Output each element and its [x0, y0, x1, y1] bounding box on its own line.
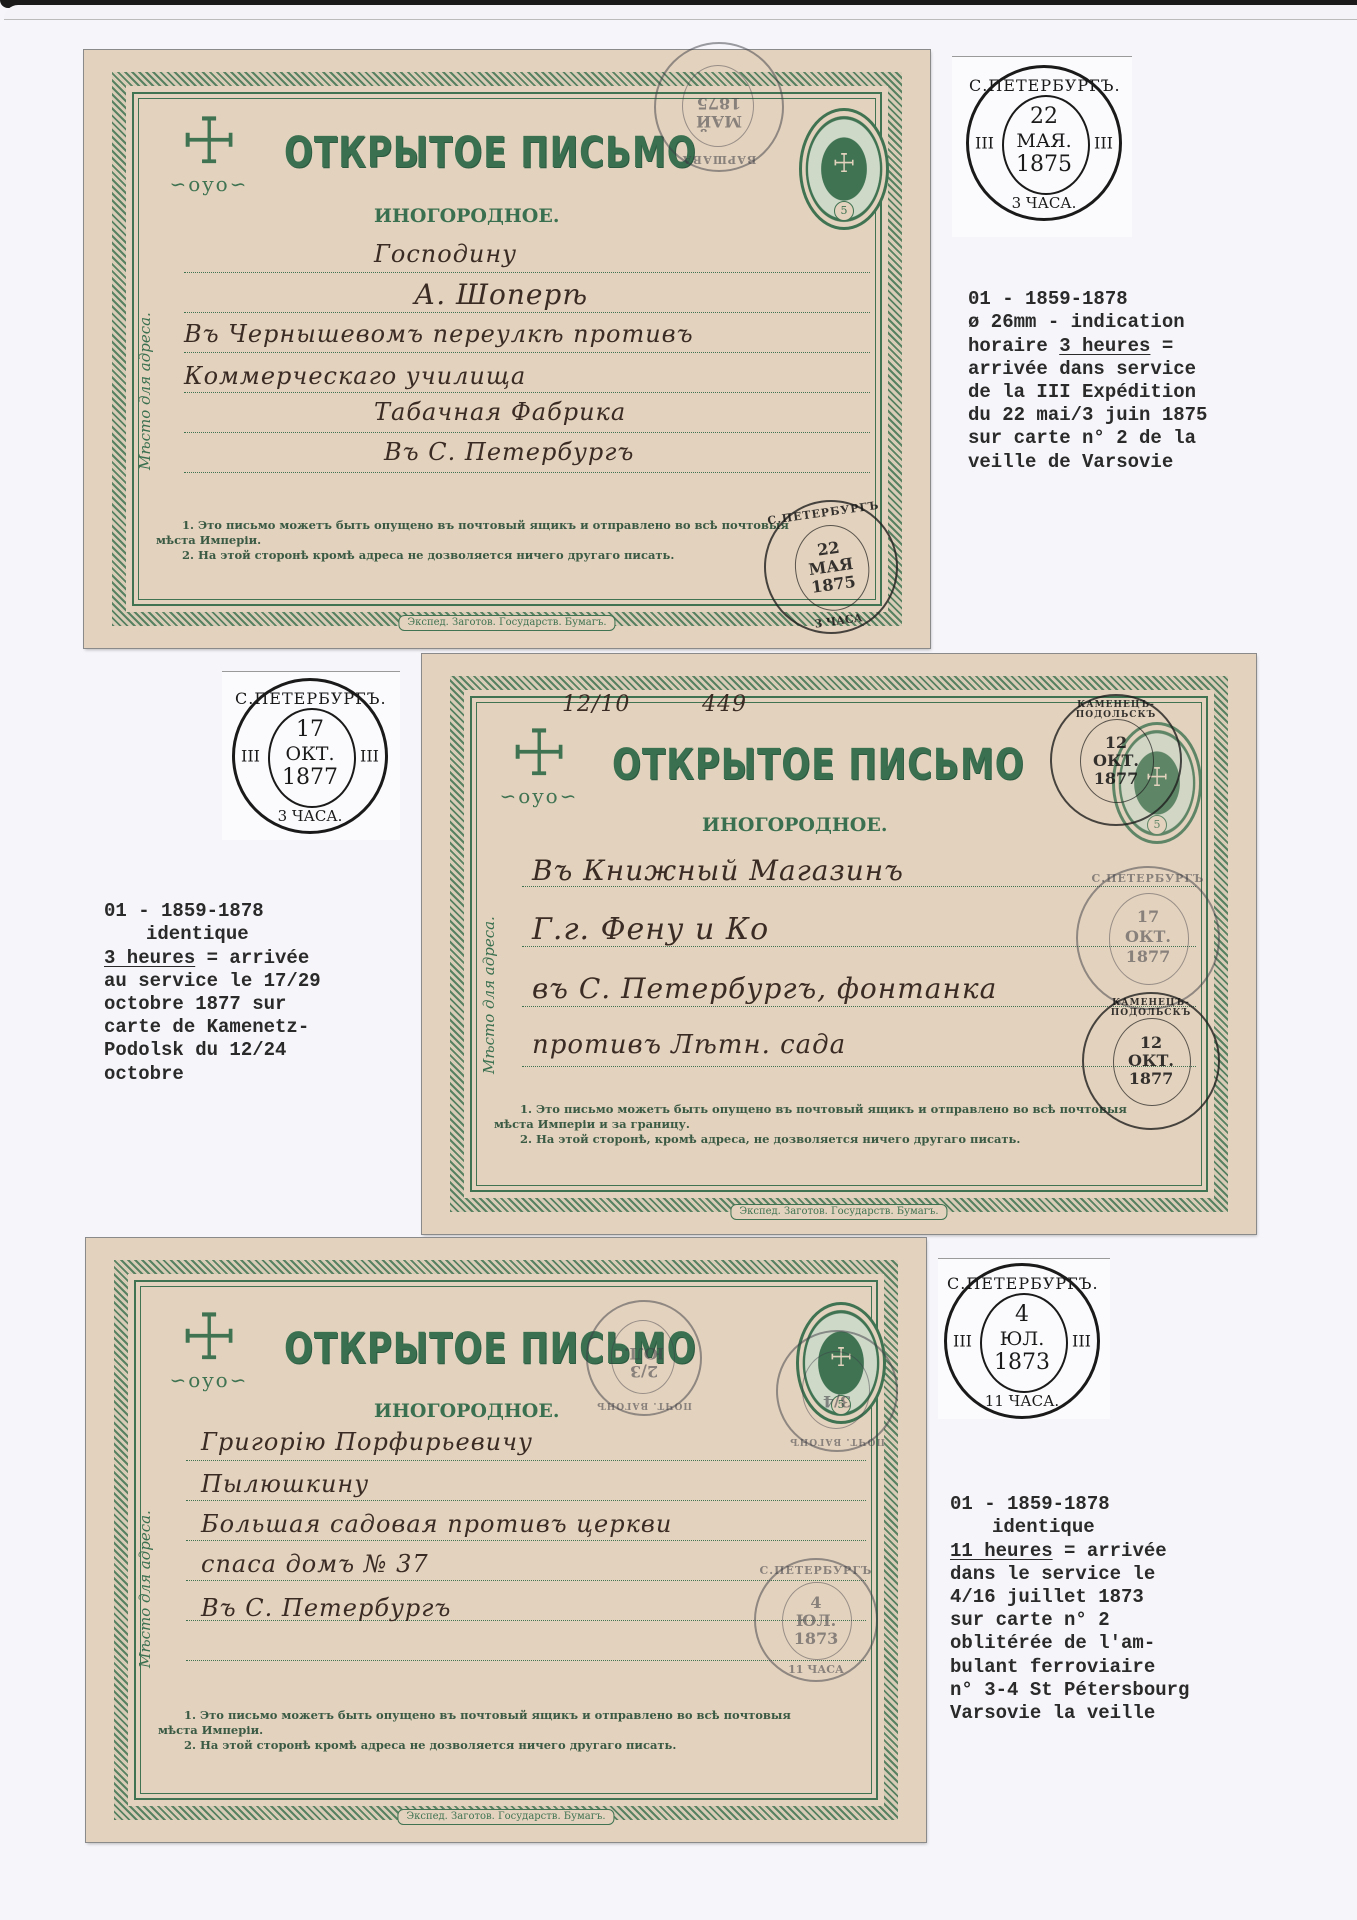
postal-instructions: 1. Это письмо можетъ быть опущено въ поч… — [158, 1708, 838, 1753]
postmark-kamenets-podolsk: КАМЕНЕЦЪ-ПОДОЛЬСКЪ 12 ОКТ. 1877 — [1050, 694, 1182, 826]
address-line — [184, 392, 870, 393]
manuscript-annotation: 12/10 — [562, 692, 630, 717]
card-title: ОТКРЫТОЕ ПИСЬМО — [612, 740, 1025, 790]
printer-imprint: Экспед. Заготов. Государств. Бумагъ. — [397, 1809, 614, 1825]
postcard-3: ☩∽oyo∽ ОТКРЫТОЕ ПИСЬМО ИНОГОРОДНОЕ. ☩ 5 … — [86, 1238, 926, 1842]
address-line — [184, 272, 870, 273]
handwritten-address: Большая садовая противъ церкви — [201, 1510, 672, 1538]
address-line — [186, 1540, 866, 1541]
address-line — [186, 1580, 866, 1581]
description-2: 01 - 1859-1878identique3 heures = arrivé… — [104, 877, 321, 1109]
highlight-hours: 3 heures — [1059, 335, 1150, 357]
postmark-illustration-2: С.ПЕТЕРБУРГЪ. 17 ОКТ. 1877 III III 3 ЧАС… — [222, 671, 400, 840]
handwritten-address: Табачная Фабрика — [374, 398, 626, 426]
imprinted-stamp: ☩ 5 — [799, 108, 889, 230]
postmark-kamenets-podolsk-2: КАМЕНЕЦЪ-ПОДОЛЬСКЪ 12 ОКТ. 1877 — [1082, 992, 1220, 1130]
manuscript-annotation: 449 — [702, 692, 747, 717]
postal-instructions: 1. Это письмо можетъ быть опущено въ поч… — [156, 518, 836, 563]
printer-imprint: Экспед. Заготов. Государств. Бумагъ. — [730, 1204, 947, 1220]
postcard-1: ☩∽oyo∽ ОТКРЫТОЕ ПИСЬМО ИНОГОРОДНОЕ. ☩ 5 … — [84, 50, 930, 648]
address-line — [186, 1460, 866, 1461]
handwritten-address: спаса домъ № 37 — [201, 1550, 429, 1578]
handwritten-address: Пылюшкину — [201, 1470, 369, 1498]
scanner-edge — [0, 0, 1357, 8]
address-line — [184, 312, 870, 313]
card-subtitle: ИНОГОРОДНОЕ. — [374, 205, 559, 227]
handwritten-address: въ С. Петербургъ, фонтанка — [532, 972, 997, 1005]
imperial-eagle-icon: ☩∽oyo∽ — [164, 110, 254, 194]
postmark-drawing: С.ПЕТЕРБУРГЪ. 4 ЮЛ. 1873 III III 11 ЧАСА… — [944, 1263, 1100, 1419]
address-line — [186, 1500, 866, 1501]
handwritten-address: А. Шоперѣ — [414, 278, 588, 311]
postmark-st-petersburg-arrival: С.ПЕТЕРБУРГЪ 17 ОКТ. 1877 — [1076, 866, 1220, 1010]
card-subtitle: ИНОГОРОДНОЕ. — [702, 814, 887, 836]
postmark-illustration-1: С.ПЕТЕРБУРГЪ. 22 МАЯ. 1875 III III 3 ЧАС… — [952, 56, 1132, 237]
imperial-eagle-icon: ☩∽oyo∽ — [164, 1306, 254, 1390]
postmark-drawing: С.ПЕТЕРБУРГЪ. 22 МАЯ. 1875 III III 3 ЧАС… — [966, 65, 1122, 221]
handwritten-address: Григорію Порфирьевичу — [201, 1428, 533, 1456]
card-subtitle: ИНОГОРОДНОЕ. — [374, 1400, 559, 1422]
description-1: 01 - 1859-1878ø 26mm - indicationhoraire… — [968, 265, 1207, 497]
highlight-hours: 11 heures — [950, 1540, 1053, 1562]
address-line — [184, 352, 870, 353]
postmark-warsaw: ВАРШАВА МАЙ 1875 — [654, 42, 784, 172]
address-line — [184, 472, 870, 473]
card-title: ОТКРЫТОЕ ПИСЬМО — [284, 128, 697, 178]
address-side-label: Мѣсто для адреса. — [480, 916, 498, 1074]
postmark-railway-ambulant-2: ПОЧТ. ВАГОНЪ 3/4 — [776, 1330, 898, 1452]
postcard-2: ☩∽oyo∽ ОТКРЫТОЕ ПИСЬМО ИНОГОРОДНОЕ. ☩ 5 … — [422, 654, 1256, 1234]
handwritten-address: Г.г. Фену и Ко — [532, 912, 769, 947]
handwritten-address: Коммерческаго училища — [184, 362, 526, 390]
handwritten-address: противъ Лѣтн. сада — [532, 1030, 846, 1060]
postal-instructions: 1. Это письмо можетъ быть опущено въ поч… — [494, 1102, 1174, 1147]
address-line — [186, 1660, 866, 1661]
handwritten-address: Въ С. Петербургъ — [201, 1594, 451, 1622]
description-3: 01 - 1859-1878identique11 heures = arriv… — [950, 1470, 1189, 1748]
postmark-drawing: С.ПЕТЕРБУРГЪ. 17 ОКТ. 1877 III III 3 ЧАС… — [232, 678, 388, 834]
imperial-eagle-icon: ☩∽oyo∽ — [494, 722, 584, 806]
handwritten-address: Въ Книжный Магазинъ — [532, 854, 904, 887]
stamp-eagle-icon: ☩ — [802, 149, 886, 179]
handwritten-address: Въ С. Петербургъ — [384, 438, 634, 466]
printer-imprint: Экспед. Заготов. Государств. Бумагъ. — [398, 615, 615, 631]
handwritten-address: Господину — [374, 240, 517, 268]
address-side-label: Мѣсто для адреса. — [136, 312, 154, 470]
address-line — [184, 432, 870, 433]
postmark-st-petersburg-arrival: С.ПЕТЕРБУРГЪ 4 ЮЛ. 1873 11 ЧАСА — [754, 1558, 878, 1682]
address-side-label: Мѣсто для адреса. — [136, 1510, 154, 1668]
highlight-hours: 3 heures — [104, 947, 195, 969]
handwritten-address: Въ Чернышевомъ переулкѣ противъ — [184, 320, 694, 348]
postmark-railway-ambulant: ПОЧТ. ВАГОНЪ 2/3 ЮЛ. — [586, 1300, 702, 1416]
postmark-illustration-3: С.ПЕТЕРБУРГЪ. 4 ЮЛ. 1873 III III 11 ЧАСА… — [938, 1258, 1110, 1419]
